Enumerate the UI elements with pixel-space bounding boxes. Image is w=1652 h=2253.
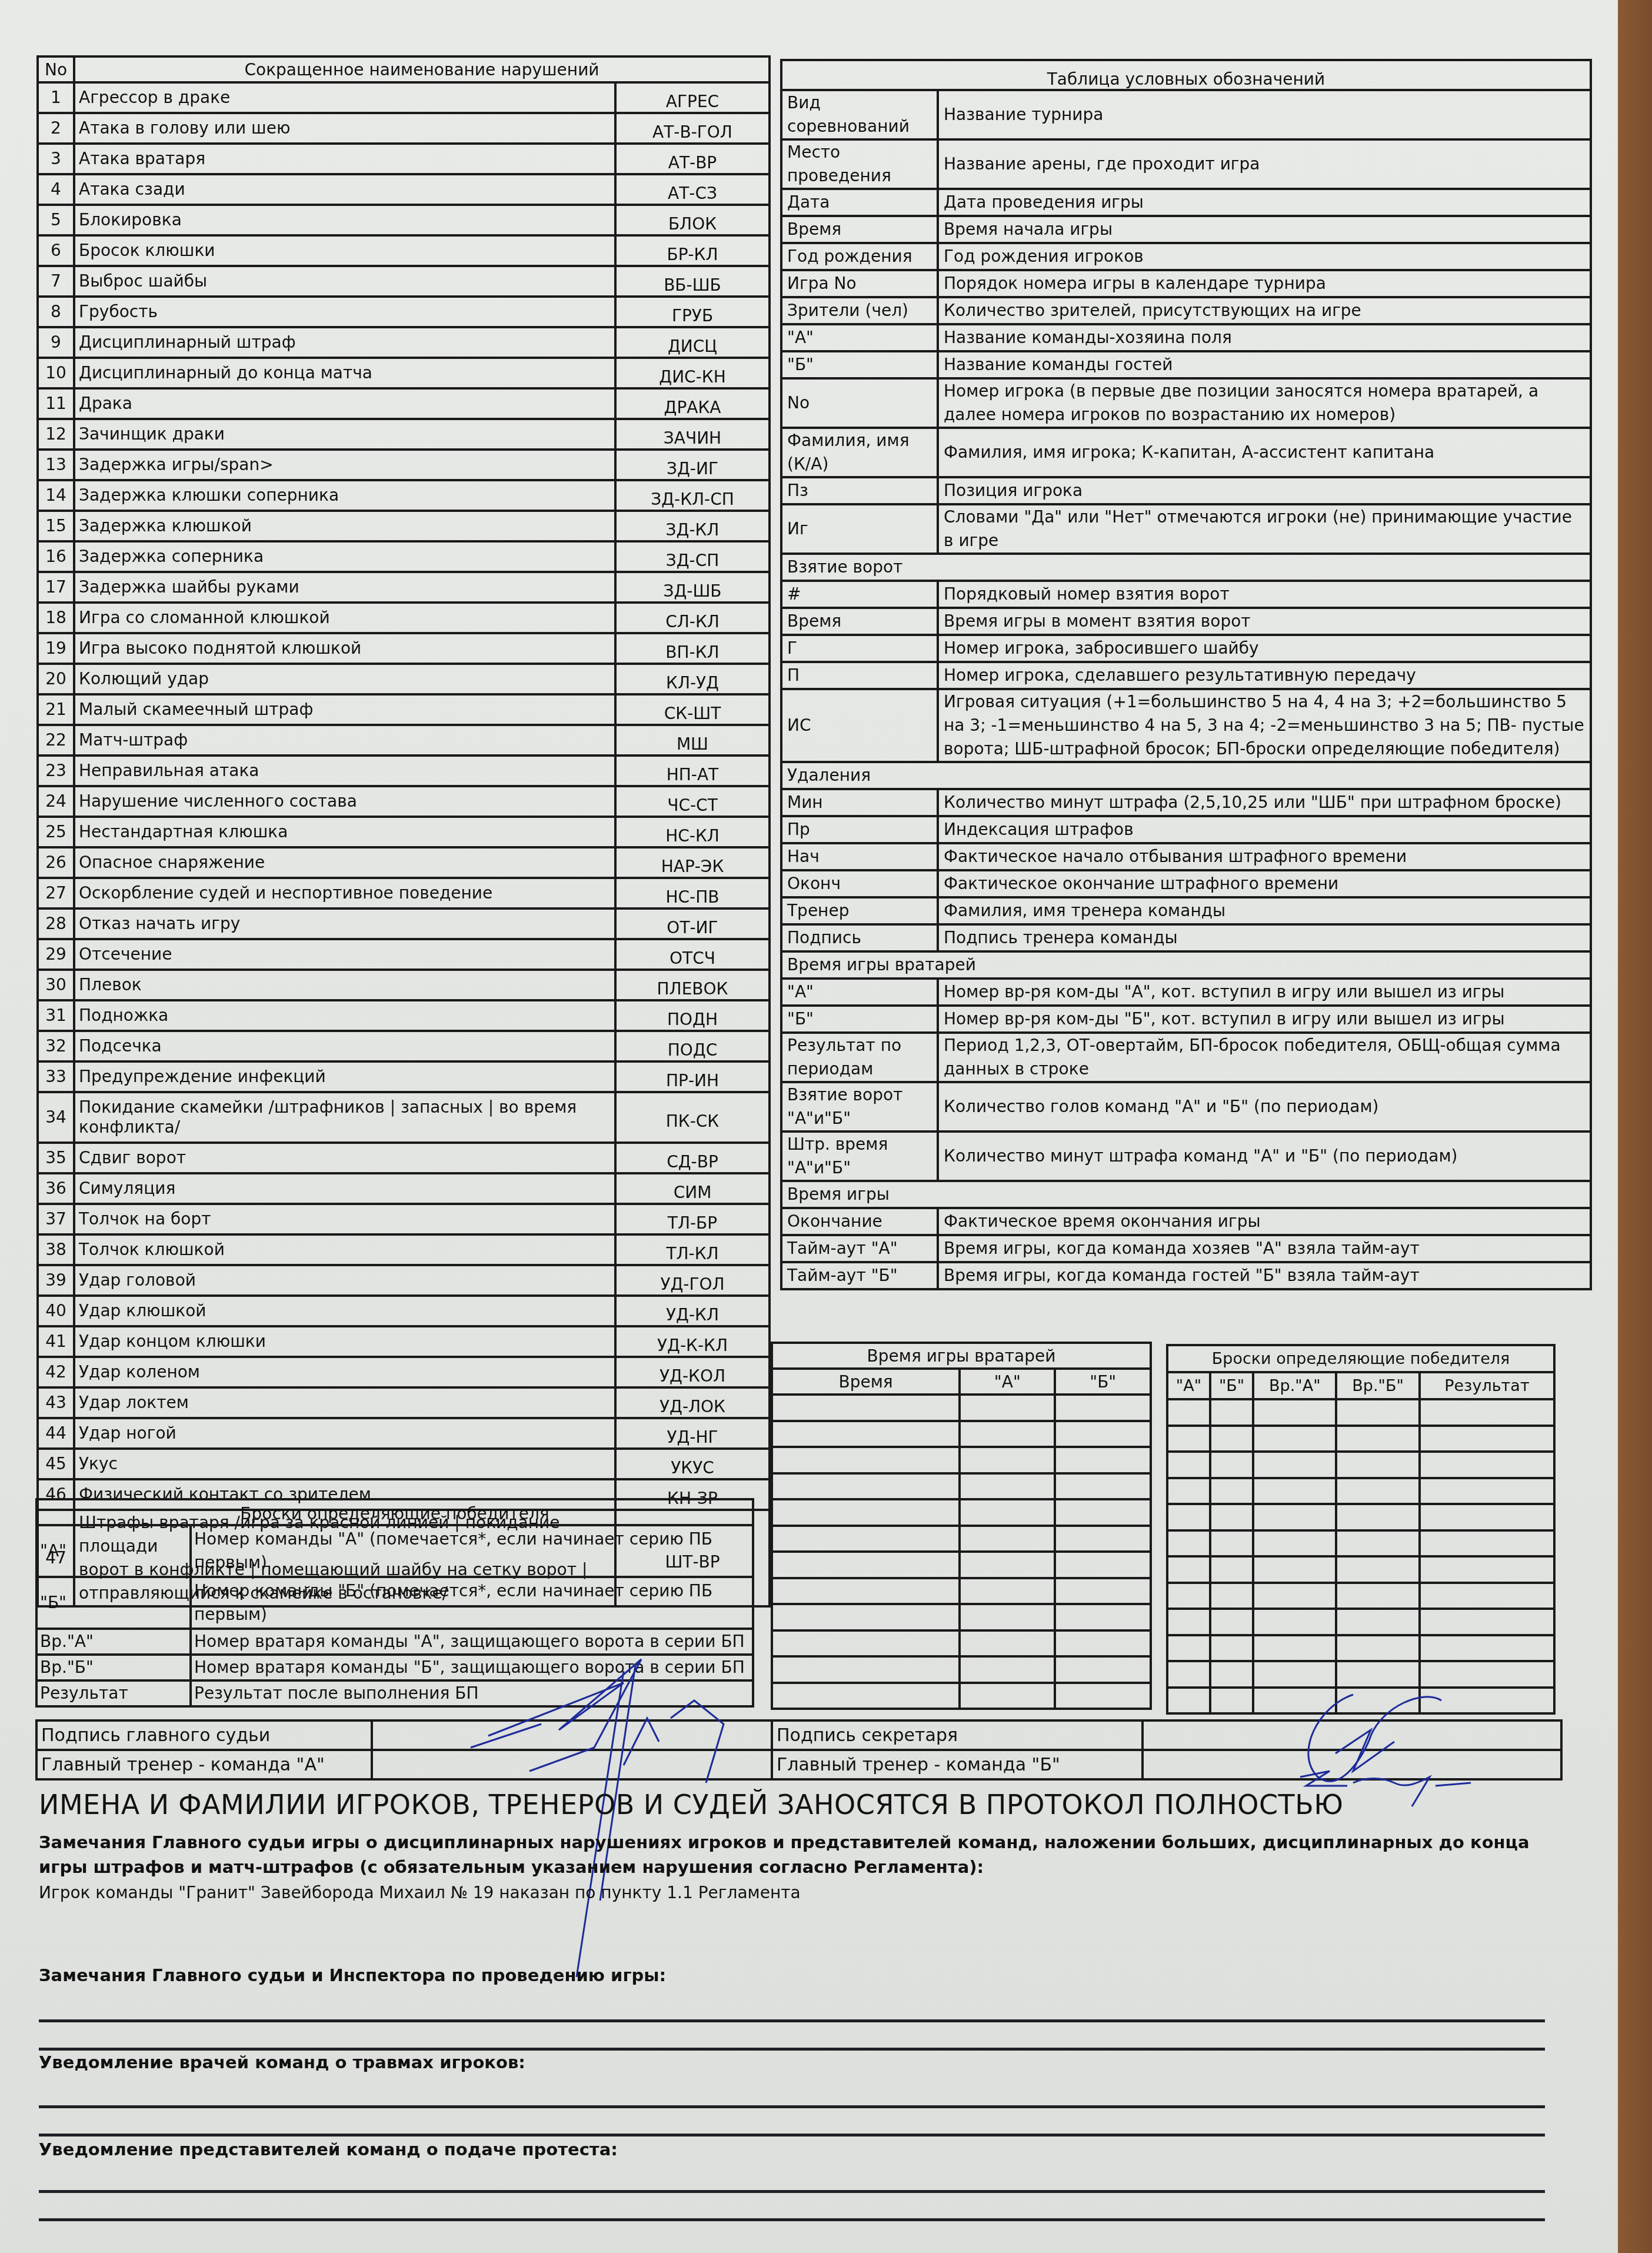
shootout-cell[interactable] [1420,1399,1554,1426]
legend-row: Место проведенияНазвание арены, где прох… [781,139,1591,189]
legend-description: Словами "Да" или "Нет" отмечаются игроки… [938,504,1591,554]
goalie-time-cell[interactable] [1055,1499,1151,1526]
shootout-title: Броски определяющие победителя [1167,1345,1554,1372]
shootout-cell[interactable] [1167,1399,1210,1426]
shootout-cell[interactable] [1253,1478,1336,1505]
shootout-cell[interactable] [1336,1556,1419,1583]
violation-no: 18 [38,603,74,633]
violation-name: Задержка клюшкой [74,511,615,541]
violation-abbr: ПОДН [615,1000,770,1031]
violation-row: 42Удар коленомУД-КОЛ [38,1357,770,1387]
shootout-cell[interactable] [1167,1452,1210,1478]
violation-name: Укус [74,1449,615,1479]
goalie-time-cell[interactable] [1055,1526,1151,1552]
goalie-time-cell[interactable] [1055,1421,1151,1447]
violation-abbr: ПР-ИН [615,1061,770,1092]
shootout-cell[interactable] [1167,1635,1210,1662]
medical-notice-line[interactable] [39,2105,1545,2108]
shootout-header: Результат [1420,1372,1554,1399]
violation-abbr: ВП-КЛ [615,633,770,664]
legend-section-row: Время игры вратарей [781,951,1591,979]
shootout-cell[interactable] [1253,1661,1336,1688]
violation-row: 19Игра высоко поднятой клюшкойВП-КЛ [38,633,770,664]
goalie-time-cell[interactable] [1055,1395,1151,1421]
legend-description: Номер игрока (в первые две позиции занос… [938,378,1591,428]
violation-row: 1Агрессор в дракеАГРЕС [38,82,770,113]
medical-notice-line[interactable] [39,2134,1545,2136]
legend-row: ИгСловами "Да" или "Нет" отмечаются игро… [781,504,1591,554]
shootout-cell[interactable] [1210,1426,1253,1452]
goalie-time-row [772,1578,1151,1605]
shootout-cell[interactable] [1420,1688,1554,1714]
violation-name: Удар клюшкой [74,1296,615,1326]
violation-abbr: ОТ-ИГ [615,908,770,939]
shootout-cell[interactable] [1253,1688,1336,1714]
legend-key: Тайм-аут "А" [781,1235,938,1262]
goalie-time-row [772,1630,1151,1657]
head-coach-b-label: Главный тренер - команда "Б" [772,1750,1143,1779]
shootout-cell[interactable] [1253,1452,1336,1478]
shootout-cell[interactable] [1420,1556,1554,1583]
shootout-header: "А" [1167,1372,1210,1399]
shootout-cell[interactable] [1210,1609,1253,1635]
shootout-cell[interactable] [1336,1635,1419,1662]
violation-name: Колющий удар [74,664,615,694]
legend-description: Период 1,2,3, ОТ-овертайм, БП-бросок поб… [938,1033,1591,1082]
legend-key: Окончание [781,1208,938,1235]
shootout-legend-row: Вр."А"Номер вратаря команды "А", защищаю… [36,1629,753,1655]
violation-row: 39Удар головойУД-ГОЛ [38,1265,770,1296]
legend-description: Подпись тренера команды [938,924,1591,951]
shootout-cell[interactable] [1420,1609,1554,1635]
violation-row: 17Задержка шайбы рукамиЗД-ШБ [38,572,770,603]
legend-row: ГНомер игрока, забросившего шайбу [781,635,1591,662]
violation-no: 32 [38,1031,74,1061]
violation-row: 34Покидание скамейки /штрафников | запас… [38,1092,770,1143]
legend-row: Зрители (чел)Количество зрителей, присут… [781,297,1591,324]
inspector-remarks-line[interactable] [39,2048,1545,2051]
legend-description: Номер вр-ря ком-ды "Б", кот. вступил в и… [938,1006,1591,1033]
violation-abbr: ГРУБ [615,297,770,327]
violation-row: 40Удар клюшкойУД-КЛ [38,1296,770,1326]
goalie-time-cell[interactable] [1055,1447,1151,1473]
violation-row: 25Нестандартная клюшкаНС-КЛ [38,817,770,847]
shootout-table: Броски определяющие победителя "А""Б"Вр.… [1166,1344,1556,1715]
violation-no: 26 [38,847,74,878]
shootout-cell[interactable] [1253,1635,1336,1662]
legend-description: Название команды гостей [938,351,1591,378]
violation-abbr: ВБ-ШБ [615,266,770,297]
goalie-time-cell[interactable] [772,1447,960,1473]
violation-name: Неправильная атака [74,756,615,786]
violation-row: 36СимуляцияСИМ [38,1173,770,1204]
legend-row: ВремяВремя игры в момент взятия ворот [781,608,1591,635]
shootout-row [1167,1688,1554,1714]
secretary-label: Подпись секретаря [772,1720,1143,1750]
violation-no: 19 [38,633,74,664]
violation-no: 8 [38,297,74,327]
violation-abbr: ПК-СК [615,1092,770,1143]
violation-abbr: АТ-СЗ [615,174,770,205]
shootout-cell[interactable] [1210,1556,1253,1583]
shootout-cell[interactable] [1420,1478,1554,1505]
secretary-signature-field[interactable] [1143,1720,1561,1750]
shootout-legend-row: Вр."Б"Номер вратаря команды "Б", защищаю… [36,1655,753,1680]
legend-key: Тайм-аут "Б" [781,1262,938,1289]
chief-referee-signature-field[interactable] [372,1720,772,1750]
violation-row: 33Предупреждение инфекцийПР-ИН [38,1061,770,1092]
goalie-time-table: Время игры вратарей Время"А""Б" [771,1342,1152,1710]
shootout-cell[interactable] [1167,1688,1210,1714]
violation-row: 6Бросок клюшкиБР-КЛ [38,235,770,266]
violation-abbr: ДИСЦ [615,327,770,358]
violation-row: 3Атака вратаряАТ-ВР [38,144,770,174]
shootout-row [1167,1399,1554,1426]
goalie-time-cell[interactable] [772,1552,960,1578]
legend-row: Игра NoПорядок номера игры в календаре т… [781,270,1591,297]
violation-row: 18Игра со сломанной клюшкойСЛ-КЛ [38,603,770,633]
violation-no: 23 [38,756,74,786]
violation-abbr: АТ-В-ГОЛ [615,113,770,144]
legend-description: Время начала игры [938,216,1591,243]
legend-description: Фактическое окончание штрафного времени [938,870,1591,897]
shootout-cell[interactable] [1167,1504,1210,1530]
goalie-time-cell[interactable] [960,1683,1055,1709]
legend-row: ОкончаниеФактическое время окончания игр… [781,1208,1591,1235]
legend-description: Фактическое начало отбывания штрафного в… [938,843,1591,870]
violation-row: 22Матч-штрафМШ [38,725,770,756]
legend-key: П [781,662,938,689]
violation-no: 38 [38,1234,74,1265]
shootout-legend-key: Результат [36,1680,191,1706]
violation-row: 31ПодножкаПОДН [38,1000,770,1031]
legend-row: #Порядковый номер взятия ворот [781,581,1591,608]
goalie-time-cell[interactable] [960,1473,1055,1500]
violation-row: 43Удар локтемУД-ЛОК [38,1387,770,1418]
legend-description: Количество зрителей, присутствующих на и… [938,297,1591,324]
head-coach-b-signature-field[interactable] [1143,1750,1561,1779]
violation-no: 22 [38,725,74,756]
legend-row: ДатаДата проведения игры [781,189,1591,216]
violation-row: 21Малый скамеечный штрафСК-ШТ [38,694,770,725]
shootout-cell[interactable] [1210,1688,1253,1714]
violation-name: Задержка шайбы руками [74,572,615,603]
goalie-time-header: "Б" [1055,1369,1151,1395]
shootout-cell[interactable] [1253,1530,1336,1557]
referee-remarks-value[interactable]: Игрок команды "Гранит" Завейборода Михаи… [39,1883,801,1902]
violation-no: 43 [38,1387,74,1418]
shootout-row [1167,1530,1554,1557]
violation-name: Игра со сломанной клюшкой [74,603,615,633]
shootout-cell[interactable] [1167,1556,1210,1583]
shootout-cell[interactable] [1210,1399,1253,1426]
violation-row: 23Неправильная атакаНП-АТ [38,756,770,786]
goalie-time-cell[interactable] [1055,1552,1151,1578]
violation-row: 35Сдвиг воротСД-ВР [38,1143,770,1173]
violation-row: 8ГрубостьГРУБ [38,297,770,327]
shootout-cell[interactable] [1167,1583,1210,1609]
shootout-cell[interactable] [1210,1635,1253,1662]
legend-description: Название турнира [938,90,1591,139]
violation-name: Зачинщик драки [74,419,615,450]
legend-key: Иг [781,504,938,554]
goalie-time-cell[interactable] [1055,1604,1151,1630]
shootout-cell[interactable] [1420,1426,1554,1452]
shootout-cell[interactable] [1336,1399,1419,1426]
violation-no: 40 [38,1296,74,1326]
shootout-cell[interactable] [1336,1609,1419,1635]
goalie-time-cell[interactable] [960,1499,1055,1526]
shootout-cell[interactable] [1420,1452,1554,1478]
shootout-cell[interactable] [1253,1504,1336,1530]
goalie-time-cell[interactable] [1055,1683,1151,1709]
protocol-sheet: No Сокращенное наименование нарушений 1А… [0,0,1618,2253]
violation-abbr: УД-ГОЛ [615,1265,770,1296]
violation-row: 37Толчок на бортТЛ-БР [38,1204,770,1234]
goalie-time-cell[interactable] [772,1578,960,1605]
shootout-legend-key: "А" [36,1525,191,1577]
violation-name: Атака сзади [74,174,615,205]
goalie-time-cell[interactable] [772,1499,960,1526]
legend-description: Дата проведения игры [938,189,1591,216]
legend-row: ПНомер игрока, сделавшего результативную… [781,662,1591,689]
protest-notice-line[interactable] [39,2218,1545,2221]
goalie-time-cell[interactable] [960,1604,1055,1630]
violation-abbr: МШ [615,725,770,756]
legend-key: Год рождения [781,243,938,270]
legend-title: Таблица условных обозначений [781,60,1591,90]
legend-key: Пр [781,816,938,843]
violation-abbr: БЛОК [615,205,770,235]
violation-no: 15 [38,511,74,541]
shootout-row [1167,1452,1554,1478]
violation-no: 1 [38,82,74,113]
shootout-cell[interactable] [1420,1504,1554,1530]
violation-no: 27 [38,878,74,908]
legend-description: Порядок номера игры в календаре турнира [938,270,1591,297]
legend-description: Позиция игрока [938,477,1591,504]
violation-row: 7Выброс шайбыВБ-ШБ [38,266,770,297]
shootout-row [1167,1635,1554,1662]
goalie-time-cell[interactable] [1055,1630,1151,1657]
violation-abbr: СИМ [615,1173,770,1204]
shootout-cell[interactable] [1253,1556,1336,1583]
goalie-time-cell[interactable] [1055,1473,1151,1500]
violation-abbr: УКУС [615,1449,770,1479]
violation-row: 38Толчок клюшкойТЛ-КЛ [38,1234,770,1265]
goalie-time-cell[interactable] [960,1421,1055,1447]
shootout-cell[interactable] [1336,1530,1419,1557]
violation-name: Опасное снаряжение [74,847,615,878]
violation-no: 11 [38,388,74,419]
goalie-time-cell[interactable] [960,1656,1055,1683]
inspector-remarks-line[interactable] [39,2019,1545,2022]
shootout-cell[interactable] [1253,1399,1336,1426]
goalie-time-cell[interactable] [960,1447,1055,1473]
legend-key: Штр. время "А"и"Б" [781,1132,938,1181]
violation-name: Сдвиг ворот [74,1143,615,1173]
legend-key: Время [781,216,938,243]
legend-row: "А"Номер вр-ря ком-ды "А", кот. вступил … [781,979,1591,1006]
shootout-cell[interactable] [1336,1688,1419,1714]
goalie-time-cell[interactable] [772,1395,960,1421]
goalie-time-cell[interactable] [1055,1656,1151,1683]
legend-key: Место проведения [781,139,938,189]
shootout-cell[interactable] [1167,1661,1210,1688]
shootout-cell[interactable] [1336,1583,1419,1609]
violation-no: 45 [38,1449,74,1479]
signatures-table: Подпись главного судьи Подпись секретаря… [35,1719,1563,1781]
violation-name: Дисциплинарный штраф [74,327,615,358]
goalie-time-cell[interactable] [772,1683,960,1709]
shootout-cell[interactable] [1167,1426,1210,1452]
legend-key: Мин [781,789,938,816]
legend-description: Фамилия, имя тренера команды [938,897,1591,924]
legend-key: Время [781,608,938,635]
shootout-row [1167,1583,1554,1609]
violation-name: Грубость [74,297,615,327]
violation-row: 27Оскорбление судей и неспортивное повед… [38,878,770,908]
violation-name: Толчок на борт [74,1204,615,1234]
violation-name: Бросок клюшки [74,235,615,266]
shootout-legend-description: Номер команды "Б" (помечается*, если нач… [191,1577,753,1629]
violation-name: Выброс шайбы [74,266,615,297]
violation-no: 35 [38,1143,74,1173]
chief-referee-label: Подпись главного судьи [36,1720,372,1750]
legend-row: Тайм-аут "Б"Время игры, когда команда го… [781,1262,1591,1289]
shootout-cell[interactable] [1210,1583,1253,1609]
legend-row: ВремяВремя начала игры [781,216,1591,243]
shootout-cell[interactable] [1167,1609,1210,1635]
shootout-cell[interactable] [1253,1609,1336,1635]
goalie-time-cell[interactable] [960,1630,1055,1657]
goalie-time-cell[interactable] [772,1630,960,1657]
goalie-time-cell[interactable] [772,1526,960,1552]
violation-no: 36 [38,1173,74,1204]
legend-row: ОкончФактическое окончание штрафного вре… [781,870,1591,897]
violation-abbr: ДИС-КН [615,358,770,388]
shootout-cell[interactable] [1210,1530,1253,1557]
legend-key: Результат по периодам [781,1033,938,1082]
violation-no: 6 [38,235,74,266]
violation-abbr: НАР-ЭК [615,847,770,878]
shootout-legend-row: "А"Номер команды "А" (помечается*, если … [36,1525,753,1577]
shootout-cell[interactable] [1420,1635,1554,1662]
violation-name: Дисциплинарный до конца матча [74,358,615,388]
violation-abbr: ПЛЕВОК [615,970,770,1000]
shootout-cell[interactable] [1336,1452,1419,1478]
violation-row: 13Задержка игры/span>ЗД-ИГ [38,450,770,480]
shootout-row [1167,1504,1554,1530]
goalie-time-cell[interactable] [960,1552,1055,1578]
goalie-time-cell[interactable] [960,1578,1055,1605]
legend-description: Количество минут штрафа команд "А" и "Б"… [938,1132,1591,1181]
legend-key: Взятие ворот "А"и"Б" [781,1082,938,1132]
shootout-cell[interactable] [1167,1478,1210,1505]
shootout-cell[interactable] [1210,1504,1253,1530]
violation-name: Толчок клюшкой [74,1234,615,1265]
violation-abbr: УД-К-КЛ [615,1326,770,1357]
violation-no: 44 [38,1418,74,1449]
shootout-cell[interactable] [1210,1452,1253,1478]
protocol-headline: ИМЕНА И ФАМИЛИИ ИГРОКОВ, ТРЕНЕРОВ И СУДЕ… [39,1789,1343,1821]
protest-notice-line[interactable] [39,2190,1545,2193]
shootout-cell[interactable] [1210,1478,1253,1505]
violation-name: Матч-штраф [74,725,615,756]
goalie-time-row [772,1552,1151,1578]
shootout-cell[interactable] [1336,1478,1419,1505]
legend-row: Вид соревнованийНазвание турнира [781,90,1591,139]
violation-name: Предупреждение инфекций [74,1061,615,1092]
violation-name: Удар ногой [74,1418,615,1449]
violation-abbr: НС-ПВ [615,878,770,908]
shootout-cell[interactable] [1167,1530,1210,1557]
legend-row: ТренерФамилия, имя тренера команды [781,897,1591,924]
goalie-time-row [772,1395,1151,1421]
legend-key: "А" [781,324,938,351]
shootout-cell[interactable] [1420,1530,1554,1557]
shootout-legend-key: "Б" [36,1577,191,1629]
violation-abbr: УД-ЛОК [615,1387,770,1418]
goalie-time-cell[interactable] [772,1656,960,1683]
violation-name: Удар коленом [74,1357,615,1387]
goalie-time-cell[interactable] [772,1421,960,1447]
head-coach-a-signature-field[interactable] [372,1750,772,1779]
shootout-cell[interactable] [1420,1583,1554,1609]
goalie-time-row [772,1421,1151,1447]
legend-key: "Б" [781,351,938,378]
goalie-time-cell[interactable] [772,1473,960,1500]
violation-abbr: АГРЕС [615,82,770,113]
shootout-cell[interactable] [1253,1426,1336,1452]
legend-description: Название команды-хозяина поля [938,324,1591,351]
legend-row: "Б"Номер вр-ря ком-ды "Б", кот. вступил … [781,1006,1591,1033]
violation-row: 44Удар ногойУД-НГ [38,1418,770,1449]
shootout-cell[interactable] [1253,1583,1336,1609]
goalie-time-cell[interactable] [960,1395,1055,1421]
shootout-cell[interactable] [1210,1661,1253,1688]
legend-section-title: Взятие ворот [781,554,1591,581]
legend-description: Название арены, где проходит игра [938,139,1591,189]
goalie-time-cell[interactable] [772,1604,960,1630]
violation-name: Удар локтем [74,1387,615,1418]
legend-description: Количество голов команд "А" и "Б" (по пе… [938,1082,1591,1132]
violation-name: Отсечение [74,939,615,970]
head-coach-a-label: Главный тренер - команда "А" [36,1750,372,1779]
goalie-time-cell[interactable] [1055,1578,1151,1605]
violation-row: 12Зачинщик дракиЗАЧИН [38,419,770,450]
violation-name: Задержка клюшки соперника [74,480,615,511]
violation-row: 24Нарушение численного составаЧС-СТ [38,786,770,817]
violation-name: Покидание скамейки /штрафников | запасны… [74,1092,615,1143]
violation-name: Блокировка [74,205,615,235]
legend-row: "А"Название команды-хозяина поля [781,324,1591,351]
violation-abbr: БР-КЛ [615,235,770,266]
shootout-header: "Б" [1210,1372,1253,1399]
violation-no: 2 [38,113,74,144]
goalie-time-row [772,1604,1151,1630]
violation-row: 9Дисциплинарный штрафДИСЦ [38,327,770,358]
shootout-cell[interactable] [1336,1504,1419,1530]
violation-row: 16Задержка соперникаЗД-СП [38,541,770,572]
violation-abbr: АТ-ВР [615,144,770,174]
shootout-cell[interactable] [1336,1661,1419,1688]
shootout-cell[interactable] [1420,1661,1554,1688]
legend-key: Вид соревнований [781,90,938,139]
shootout-cell[interactable] [1336,1426,1419,1452]
violation-row: 11ДракаДРАКА [38,388,770,419]
goalie-time-cell[interactable] [960,1526,1055,1552]
